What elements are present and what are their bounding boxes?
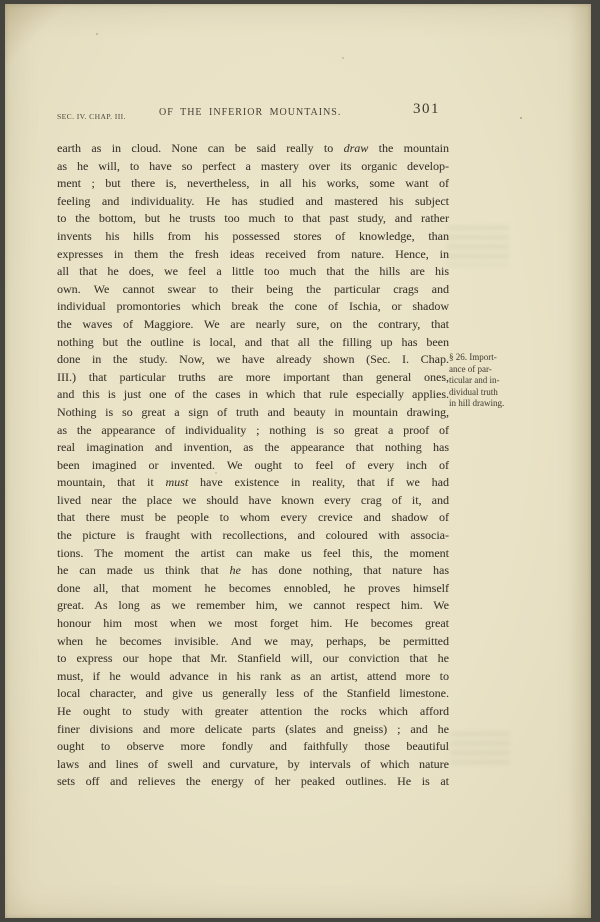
- text-line: as the appearance of individuality ; not…: [57, 422, 449, 440]
- text-line: as he will, to have so perfect a mastery…: [57, 158, 449, 176]
- show-through-artifact: [450, 732, 510, 765]
- text-line: been imagined or invented. We ought to f…: [57, 457, 449, 475]
- text-line: and this is just one of the cases in whi…: [57, 386, 449, 404]
- text-line: lived near the place we should have know…: [57, 492, 449, 510]
- text-line: expresses in them the fresh ideas receiv…: [57, 246, 449, 264]
- scanned-book-page: SEC. IV. CHAP. III. OF THE INFERIOR MOUN…: [0, 0, 600, 922]
- text-line: ment ; but there is, nevertheless, in al…: [57, 175, 449, 193]
- paper-speck: [520, 117, 522, 119]
- margin-note-line: ticular and in-: [449, 375, 519, 387]
- header-section-label: SEC. IV. CHAP. III.: [57, 112, 126, 121]
- margin-note-line: § 26. Import-: [449, 352, 519, 364]
- text-line: real imagination and invention, as the a…: [57, 439, 449, 457]
- text-line: that there must be people to whom every …: [57, 509, 449, 527]
- text-line: must, if he would advance in his rank as…: [57, 668, 449, 686]
- text-line: individual promontories which break the …: [57, 298, 449, 316]
- text-line: sets off and relieves the energy of her …: [57, 773, 449, 791]
- text-line: local character, and give us generally l…: [57, 685, 449, 703]
- page-number: 301: [413, 101, 440, 118]
- text-line: nothing but the outline is local, and th…: [57, 334, 449, 352]
- text-line: honour him most when we most forget him.…: [57, 615, 449, 633]
- text-line: done in the study. Now, we have already …: [57, 351, 449, 369]
- text-line: the picture is fraught with recollection…: [57, 527, 449, 545]
- text-line: invents his hills from his possessed sto…: [57, 228, 449, 246]
- show-through-artifact: [447, 226, 509, 266]
- text-line: done all, that moment he becomes ennoble…: [57, 580, 449, 598]
- text-line: great. As long as we remember him, we ca…: [57, 597, 449, 615]
- text-line: ought to observe more fondly and faithfu…: [57, 738, 449, 756]
- text-line: to the bottom, but he trusts too much to…: [57, 210, 449, 228]
- margin-note-line: in hill drawing.: [449, 398, 519, 410]
- text-line: all that he does, we feel a little too m…: [57, 263, 449, 281]
- body-text: earth as in cloud. None can be said real…: [57, 140, 449, 791]
- text-line: laws and lines of swell and curvature, b…: [57, 756, 449, 774]
- margin-note: § 26. Import-ance of par-ticular and in-…: [449, 352, 519, 410]
- margin-note-line: ance of par-: [449, 364, 519, 376]
- text-line: He ought to study with greater attention…: [57, 703, 449, 721]
- text-line: when he becomes invisible. And we may, p…: [57, 633, 449, 651]
- text-line: III.) that particular truths are more im…: [57, 369, 449, 387]
- text-line: Nothing is so great a sign of truth and …: [57, 404, 449, 422]
- header-running-title: OF THE INFERIOR MOUNTAINS.: [159, 107, 341, 118]
- text-line: feeling and individuality. He has studie…: [57, 193, 449, 211]
- text-line: tions. The moment the artist can make us…: [57, 545, 449, 563]
- text-line: own. We cannot swear to their being the …: [57, 281, 449, 299]
- margin-note-line: dividual truth: [449, 387, 519, 399]
- text-line: earth as in cloud. None can be said real…: [57, 140, 449, 158]
- text-line: the waves of Maggiore. We are nearly sur…: [57, 316, 449, 334]
- text-line: to express our hope that Mr. Stanfield w…: [57, 650, 449, 668]
- text-line: he can made us think that he has done no…: [57, 562, 449, 580]
- text-line: mountain, that it must have existence in…: [57, 474, 449, 492]
- text-line: finer divisions and more delicate parts …: [57, 721, 449, 739]
